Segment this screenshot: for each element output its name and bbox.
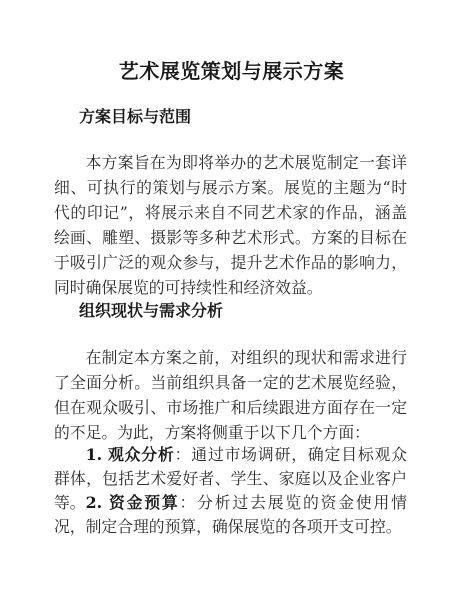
list-item-term: 观众分析	[108, 445, 175, 464]
list-item-separator: ：	[180, 493, 198, 512]
section-heading-goals-scope: 方案目标与范围	[79, 107, 191, 127]
list-item-text: 分析过去展览的资金使用情况，制定合理的预算，确保展览的各项开支可控。	[54, 493, 407, 536]
document-page: 艺术展览策划与展示方案 方案目标与范围 本方案旨在为即将举办的艺术展览制定一套详…	[0, 0, 463, 600]
list-item-number: 1.	[86, 445, 103, 464]
document-title: 艺术展览策划与展示方案	[0, 58, 463, 84]
paragraph-goals-scope: 本方案旨在为即将举办的艺术展览制定一套详细、可执行的策划与展示方案。展览的主题为…	[54, 150, 407, 300]
list-item-budget: 2. 资金预算：分析过去展览的资金使用情况，制定合理的预算，确保展览的各项开支可…	[54, 491, 407, 539]
list-item-separator: ：	[175, 445, 192, 464]
section-heading-status-analysis: 组织现状与需求分析	[79, 301, 223, 321]
list-item-term: 资金预算	[109, 493, 180, 512]
list-item-number: 2.	[86, 493, 103, 512]
paragraph-status-analysis: 在制定本方案之前，对组织的现状和需求进行了全面分析。当前组织具备一定的艺术展览经…	[54, 345, 407, 445]
